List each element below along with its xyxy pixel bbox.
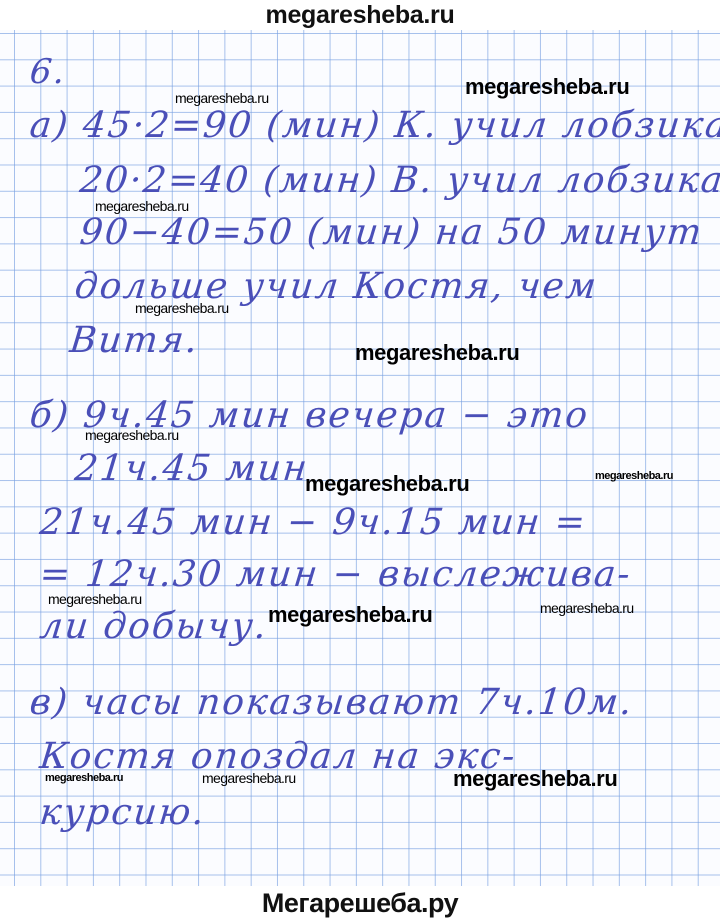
solution-line-a1: а) 45·2=90 (мин) К. учил лобзика: [28, 105, 720, 146]
watermark-small: megaresheba.ru: [48, 591, 142, 607]
watermark-small: megaresheba.ru: [540, 600, 634, 616]
watermark-tiny: megaresheba.ru: [595, 470, 673, 482]
watermark-small: megaresheba.ru: [135, 300, 229, 316]
solution-line-b5: ли добычу.: [38, 606, 270, 647]
solution-line-a2: 20·2=40 (мин) В. учил лобзика: [78, 160, 720, 201]
solution-line-b2: 21ч.45 мин: [73, 448, 311, 489]
watermark-bold: megaresheba.ru: [453, 766, 617, 792]
watermark-bold: megaresheba.ru: [305, 471, 469, 497]
watermark-bold: megaresheba.ru: [355, 340, 519, 366]
solution-line-a5: Витя.: [68, 320, 201, 361]
notebook-page: 6. а) 45·2=90 (мин) К. учил лобзика 20·2…: [0, 30, 720, 886]
solution-line-c1: в) часы показывают 7ч.10м.: [28, 682, 636, 723]
watermark-small: megaresheba.ru: [95, 198, 189, 214]
watermark-small: megaresheba.ru: [202, 770, 296, 786]
watermark-small: megaresheba.ru: [175, 90, 269, 106]
task-number: 6.: [28, 52, 69, 92]
site-header-watermark: megaresheba.ru: [0, 0, 720, 30]
solution-line-b3: 21ч.45 мин − 9ч.15 мин =: [38, 502, 589, 543]
site-footer-watermark: Мегарешеба.ру: [0, 885, 720, 921]
watermark-bold: megaresheba.ru: [465, 74, 629, 100]
watermark-bold: megaresheba.ru: [268, 602, 432, 628]
solution-line-b4: = 12ч.30 мин − выслежива-: [38, 554, 634, 595]
watermark-tiny: megaresheba.ru: [45, 772, 123, 784]
solution-line-c3: курсию.: [38, 792, 208, 833]
watermark-small: megaresheba.ru: [85, 427, 179, 443]
solution-line-a3: 90−40=50 (мин) на 50 минут: [78, 212, 705, 253]
